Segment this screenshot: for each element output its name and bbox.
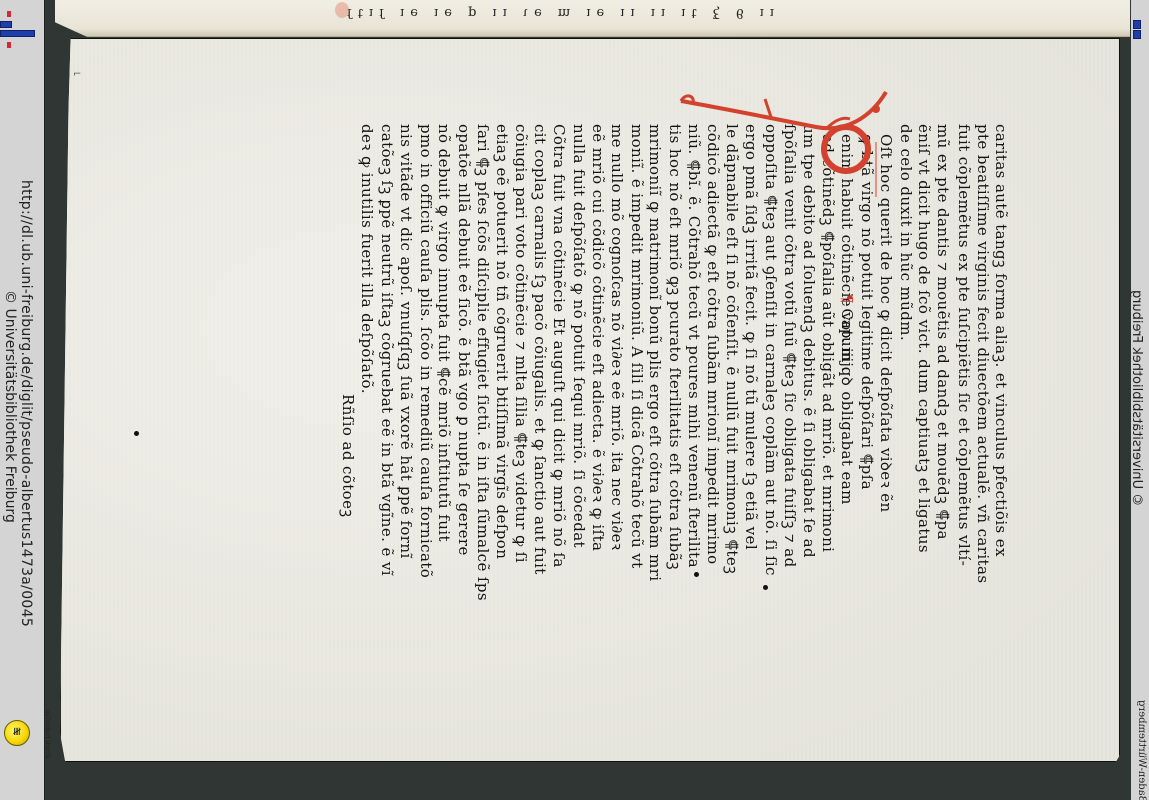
ink-dot: [134, 431, 139, 436]
paragraph-mark-icon: ¶: [838, 294, 856, 304]
text-line: Rñſio ad cõtoeꝫ: [338, 394, 358, 517]
text-line: eẽ mriõ cui cõdicõ cõtinẽcie eſt adiecta…: [588, 124, 608, 551]
text-block: caritas autẽ tangꝫ forma aliaꝫ. et vincu…: [331, 124, 1011, 579]
text-line: deꝛ ꝙ inutilis fuerit illa deſpõſatõ.: [357, 124, 377, 394]
previous-page-text-fragment: ſtıſ ıe ıe p ıı ιe m ıe ıı ıı ıt ξ ϐ ıı: [347, 0, 780, 20]
text-line: fuit cõplemẽtus ex pte ſuſcipiẽtis ſic e…: [955, 124, 973, 566]
text-line: ẽniſ vt dicit hugo de ſcõ vict. dum capt…: [914, 124, 934, 553]
text-line: Cõtra fuit vna cõtinẽcie Et auguſt qui d…: [549, 124, 569, 568]
previous-page-edge: ſtıſ ıe ıe p ıı ιe m ıe ıı ıı ıt ξ ϐ ıı: [55, 0, 1130, 37]
text-line: ſari ⸿ꝫ pſes ſcõs diſciplie effugiet ſic…: [473, 124, 493, 601]
ink-dot: [763, 585, 768, 590]
text-line: opatõe nllã debuit eẽ ſicõ. ẽ btã vgo ꝑ …: [455, 124, 473, 556]
chapter-heading: ¶ Cap. iiij.: [838, 294, 856, 372]
logo-glyph: 𝍸: [13, 725, 21, 742]
funded-by-label: gefördert durch: [44, 710, 51, 758]
text-line: cit coplaꝫ carnalis ſꝫ pacõ cõiugalis. e…: [530, 124, 550, 575]
text-line: moniĩ. ẽ impedit mrimoniũ. A ſili ſi dic…: [628, 124, 646, 569]
mirrored-funder-name: Baden-Württemberg: [1136, 700, 1147, 800]
page-corner-mark: ⌐: [73, 69, 81, 80]
text-line: de celo duxit in hũc mũdm.: [897, 124, 915, 341]
uni-freiburg-flag-icon: [0, 8, 36, 50]
manuscript-page: caritas autẽ tangꝫ forma aliaꝫ. et vincu…: [60, 38, 1120, 762]
text-line: pmo in officiũ cauſa plis. ſcõo in remed…: [417, 124, 435, 578]
viewer-info-strip-left: http://dl.ub.uni-freiburg.de/diglit/pseu…: [0, 0, 45, 800]
previous-page-rubric-mark: [335, 2, 349, 18]
text-line: etiaꝫ eẽ potuerit nõ tñ cõgruerit btiſſi…: [492, 124, 512, 559]
copyright-notice: © Universitätsbibliothek Freiburg: [2, 290, 18, 523]
flag-mirror-icon: [1133, 20, 1147, 40]
text-line: mũ ex pte dantis ⁊ mouẽtis ad dandꝫ et m…: [933, 124, 953, 540]
baden-wuerttemberg-logo-icon: 𝍸: [4, 720, 30, 746]
text-line: nulla fuit deſpõſatõ ꝙ nõ potuit ſequi m…: [569, 124, 589, 548]
text-line: mrimoniĩ ꝙ matrimonĩ bonũ plis ergo eſt …: [645, 124, 665, 581]
text-line: pte beatiſſime virginis fecit diuectõem …: [974, 124, 992, 583]
text-line: me nullo mõ cognoſcas nõ vi∂eꝛ eẽ mriõ. …: [607, 124, 627, 550]
ink-dot: [694, 572, 699, 577]
permalink-url[interactable]: http://dl.ub.uni-freiburg.de/diglit/pseu…: [18, 180, 34, 627]
text-line: cõiugia pari voto cõtinẽcie ⁊ mlta ſilia…: [511, 124, 531, 563]
text-line: nis vitãde vt dic apoſ. vnuſqſqꝫ ſuã vxo…: [396, 124, 416, 559]
mirrored-copyright-notice: © Universitätsbibliothek Freiburg: [1129, 290, 1144, 506]
text-line: nõ debuit ꝙ virgo innupta fuit ⸿cẽ mriõ …: [434, 124, 454, 542]
text-line: caritas autẽ tangꝫ forma aliaꝫ. et vincu…: [991, 124, 1011, 557]
rubric-initial-p-icon: [676, 87, 896, 207]
text-line: catõeꝫ ſꝫ ꝑpẽ neutrũ iſtaꝫ cõgruebat eẽ …: [377, 124, 397, 576]
